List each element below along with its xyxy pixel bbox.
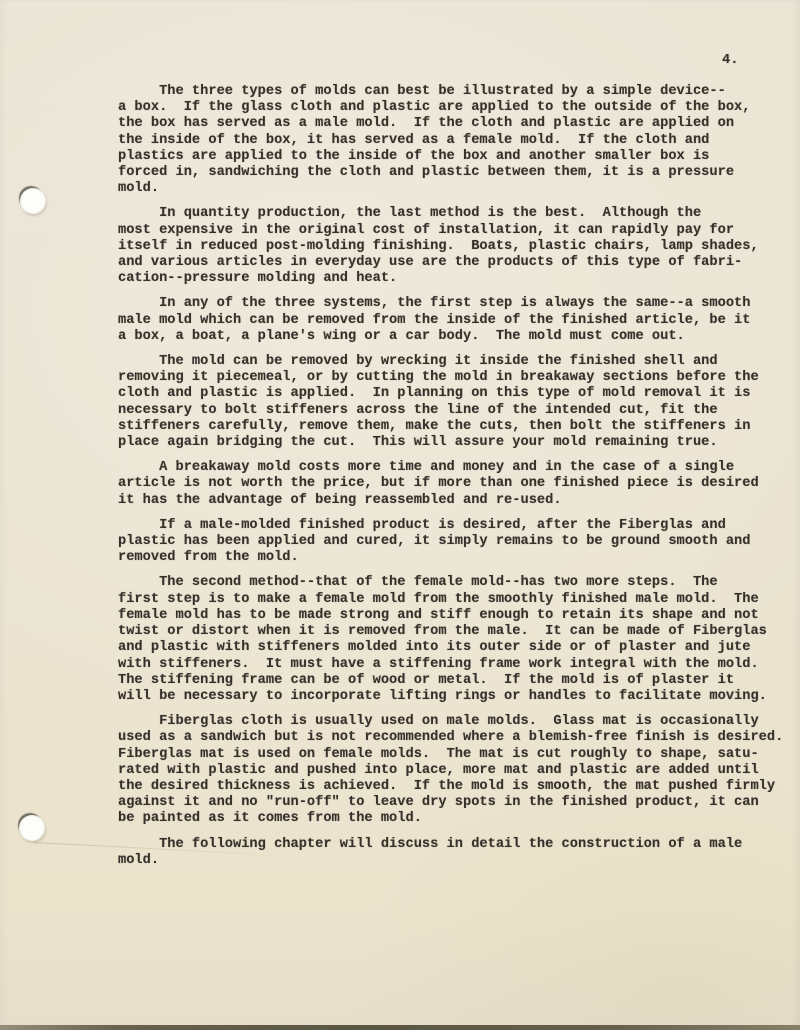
text-line: Fiberglas mat is used on female molds. T… [118, 747, 790, 763]
text-line: The following chapter will discuss in de… [118, 837, 790, 853]
paragraph: A breakaway mold costs more time and mon… [118, 460, 790, 509]
text-line: rated with plastic and pushed into place… [118, 763, 790, 779]
paragraph: If a male-molded finished product is des… [118, 518, 790, 567]
text-line: The stiffening frame can be of wood or m… [118, 673, 790, 689]
punch-hole-bottom [19, 815, 45, 841]
text-line: A breakaway mold costs more time and mon… [118, 460, 790, 476]
text-line: will be necessary to incorporate lifting… [118, 689, 790, 705]
paragraph: Fiberglas cloth is usually used on male … [118, 714, 790, 827]
text-line: first step is to make a female mold from… [118, 592, 790, 608]
text-line: The second method--that of the female mo… [118, 575, 790, 591]
document-page: 4. The three types of molds can best be … [0, 0, 800, 1030]
text-line: and plastic with stiffeners molded into … [118, 640, 790, 656]
text-line: the inside of the box, it has served as … [118, 133, 790, 149]
text-line: itself in reduced post-molding finishing… [118, 239, 790, 255]
text-line: it has the advantage of being reassemble… [118, 493, 790, 509]
text-line: cloth and plastic is applied. In plannin… [118, 386, 790, 402]
text-line: Fiberglas cloth is usually used on male … [118, 714, 790, 730]
text-line: In quantity production, the last method … [118, 206, 790, 222]
text-line: The three types of molds can best be ill… [118, 84, 790, 100]
text-line: If a male-molded finished product is des… [118, 518, 790, 534]
paragraph: In any of the three systems, the first s… [118, 296, 790, 345]
paragraph: The three types of molds can best be ill… [118, 84, 790, 197]
text-line: In any of the three systems, the first s… [118, 296, 790, 312]
text-line: a box, a boat, a plane's wing or a car b… [118, 329, 790, 345]
document-text: The three types of molds can best be ill… [118, 84, 790, 878]
text-line: most expensive in the original cost of i… [118, 223, 790, 239]
text-line: mold. [118, 853, 790, 869]
text-line: plastic has been applied and cured, it s… [118, 534, 790, 550]
text-line: female mold has to be made strong and st… [118, 608, 790, 624]
text-line: male mold which can be removed from the … [118, 313, 790, 329]
text-line: mold. [118, 181, 790, 197]
text-line: place again bridging the cut. This will … [118, 435, 790, 451]
text-line: plastics are applied to the inside of th… [118, 149, 790, 165]
text-line: a box. If the glass cloth and plastic ar… [118, 100, 790, 116]
text-line: removed from the mold. [118, 550, 790, 566]
text-line: The mold can be removed by wrecking it i… [118, 354, 790, 370]
text-line: the box has served as a male mold. If th… [118, 116, 790, 132]
paragraph: The second method--that of the female mo… [118, 575, 790, 705]
text-line: removing it piecemeal, or by cutting the… [118, 370, 790, 386]
text-line: forced in, sandwiching the cloth and pla… [118, 165, 790, 181]
text-line: with stiffeners. It must have a stiffeni… [118, 657, 790, 673]
text-line: cation--pressure molding and heat. [118, 271, 790, 287]
punch-hole-top [20, 188, 46, 214]
text-line: used as a sandwich but is not recommende… [118, 730, 790, 746]
text-line: be painted as it comes from the mold. [118, 811, 790, 827]
text-line: and various articles in everyday use are… [118, 255, 790, 271]
text-line: the desired thickness is achieved. If th… [118, 779, 790, 795]
page-number: 4. [722, 53, 738, 68]
text-line: stiffeners carefully, remove them, make … [118, 419, 790, 435]
paragraph: In quantity production, the last method … [118, 206, 790, 287]
text-line: twist or distort when it is removed from… [118, 624, 790, 640]
text-line: article is not worth the price, but if m… [118, 476, 790, 492]
text-line: necessary to bolt stiffeners across the … [118, 403, 790, 419]
text-line: against it and no "run-off" to leave dry… [118, 795, 790, 811]
scan-bottom-edge [0, 1025, 800, 1030]
paragraph: The mold can be removed by wrecking it i… [118, 354, 790, 451]
